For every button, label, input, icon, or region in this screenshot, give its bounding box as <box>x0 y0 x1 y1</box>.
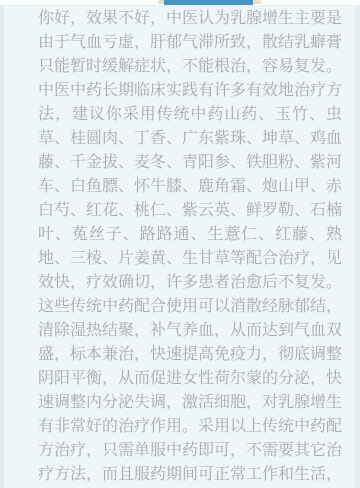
text-line: 你好，效果不好，中医认为乳腺增生主要是 <box>38 7 342 31</box>
text-line: 阴阳平衡，从而促进女性荷尔蒙的分泌，快 <box>38 367 342 391</box>
text-line: 效快，疗效确切，许多患者治愈后不复发。 <box>38 271 342 295</box>
text-line: 车、白鱼膘、怀牛膝、鹿角霜、炮山甲、赤 <box>38 175 342 199</box>
text-line: 白芍、红花、桃仁、紫云英、鲜罗勒、石楠 <box>38 199 342 223</box>
text-line: 有非常好的治疗作用。采用以上传统中药配 <box>38 415 342 439</box>
text-line: 盛，标本兼治，快速提高免疫力，彻底调整 <box>38 343 342 367</box>
left-edge-strip <box>0 6 4 488</box>
progress-bar <box>164 0 253 5</box>
text-line: 疗方法，而且服药期间可正常工作和生活， <box>38 463 342 487</box>
text-line: 清除湿热结聚，补气养血，从而达到气血双 <box>38 319 342 343</box>
medical-advice-paragraph: 你好，效果不好，中医认为乳腺增生主要是 由于气血亏虚，肝郁气滞所致，散结乳癖膏 … <box>38 7 342 487</box>
text-line: 藤、千金拔、麦冬、青阳参、铁胆粉、紫河 <box>38 151 342 175</box>
text-line: 速调整内分泌失调，激活细胞，对乳腺增生 <box>38 391 342 415</box>
tab-edge-right <box>253 0 261 4</box>
text-line: 草、桂圆肉、丁香、广东紫珠、坤草、鸡血 <box>38 127 342 151</box>
text-line: 只能暂时缓解症状，不能根治，容易复发。 <box>38 55 342 79</box>
text-line: 这些传统中药配合使用可以消散经脉郁结， <box>38 295 342 319</box>
text-line: 地、三棱、片姜黄、生甘草等配合治疗，见 <box>38 247 342 271</box>
text-line: 法，建议你采用传统中药山药、玉竹、虫 <box>38 103 342 127</box>
text-line: 方治疗，只需单服中药即可，不需要其它治 <box>38 439 342 463</box>
right-edge-strip <box>355 6 360 488</box>
text-line: 由于气血亏虚，肝郁气滞所致，散结乳癖膏 <box>38 31 342 55</box>
toolbar-bottom-edge <box>0 0 360 6</box>
text-line: 中医中药长期临床实践有许多有效地治疗方 <box>38 79 342 103</box>
text-line: 叶、菟丝子、路路通、生薏仁、红藤、熟 <box>38 223 342 247</box>
